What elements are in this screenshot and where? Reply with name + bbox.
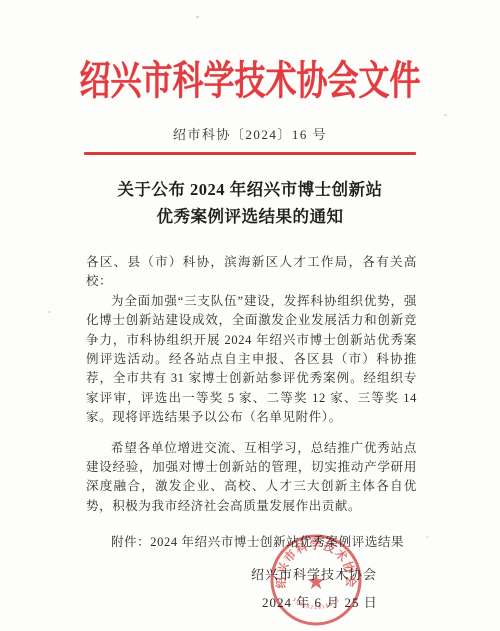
document-title-line1: 关于公布 2024 年绍兴市博士创新站	[0, 176, 500, 203]
document-number: 绍市科协〔2024〕16 号	[0, 124, 500, 143]
document-body: 各区、县（市）科协，滨海新区人才工作局，各有关高校： 为全面加强“三支队伍”建设…	[86, 253, 417, 553]
signature-date: 2024 年 6 月 25 日	[262, 592, 378, 611]
agency-header-title: 绍兴市科学技术协会文件	[80, 48, 421, 106]
body-paragraph-1: 为全面加强“三支队伍”建设，发挥科协组织优势，强化博士创新站建设成效，全面激发企…	[86, 292, 417, 428]
red-header: 绍兴市科学技术协会文件	[0, 48, 500, 93]
addressee-line: 各区、县（市）科协，滨海新区人才工作局，各有关高校：	[86, 253, 417, 292]
red-separator-rule	[84, 152, 416, 155]
attachment-line: 附件：2024 年绍兴市博士创新站优秀案例评选结果	[86, 533, 417, 552]
document-title: 关于公布 2024 年绍兴市博士创新站 优秀案例评选结果的通知	[0, 176, 500, 230]
signature-agency-name: 绍兴市科学技术协会	[251, 564, 377, 583]
body-paragraph-2: 希望各单位增进交流、互相学习，总结推广优秀站点建设经验，加强对博士创新站的管理，…	[86, 439, 417, 517]
document-title-line2: 优秀案例评选结果的通知	[0, 203, 500, 230]
document-page: 绍兴市科学技术协会文件 绍市科协〔2024〕16 号 关于公布 2024 年绍兴…	[0, 0, 500, 631]
